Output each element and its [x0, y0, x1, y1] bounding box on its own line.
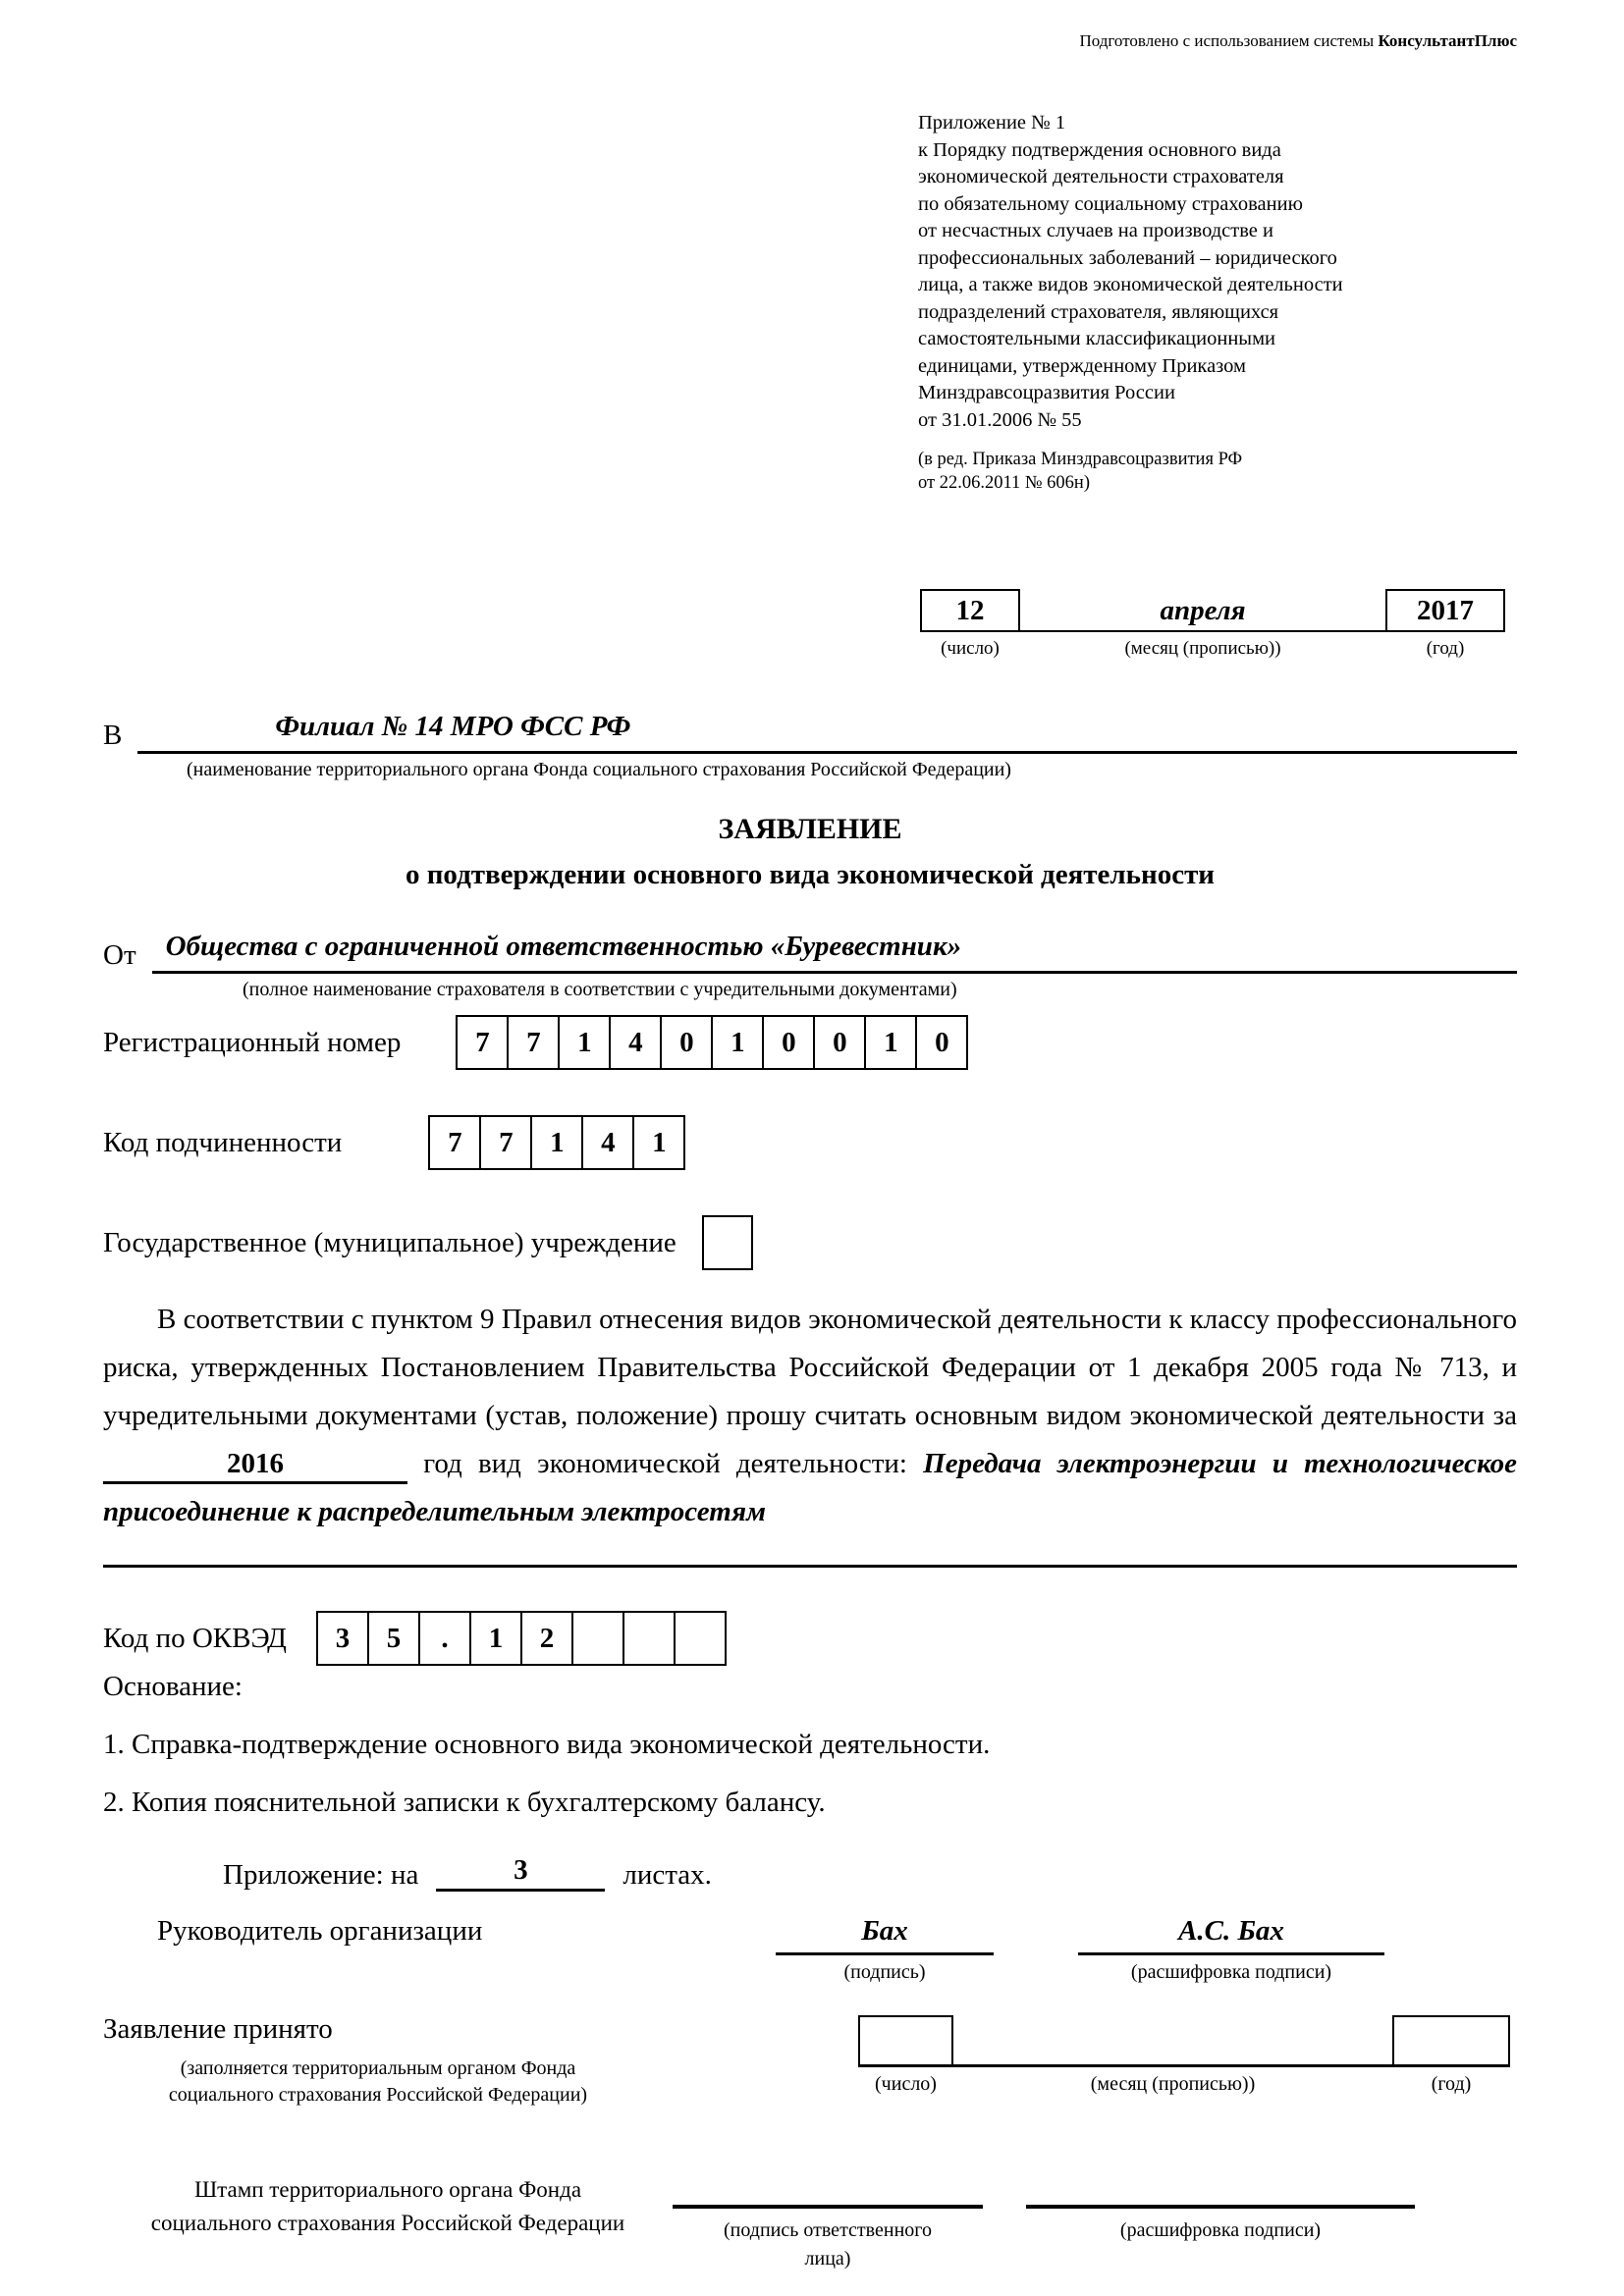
- subordination-digit-cell[interactable]: 4: [581, 1115, 634, 1170]
- state-institution-label: Государственное (муниципальное) учрежден…: [103, 1227, 677, 1259]
- subordination-digit-cell[interactable]: 1: [632, 1115, 685, 1170]
- registration-digit-cell[interactable]: 1: [711, 1015, 764, 1070]
- applicant-prefix: От: [103, 939, 136, 974]
- accepted-left: Заявление принято (заполняется территори…: [103, 2013, 653, 2109]
- okved-cell[interactable]: [674, 1611, 727, 1666]
- state-institution-checkbox[interactable]: [702, 1215, 753, 1270]
- revision-note: (в ред. Приказа Минздравсоцразвития РФ о…: [918, 448, 1517, 495]
- head-label: Руководитель организации: [103, 1915, 776, 1948]
- head-row: Руководитель организации Бах (подпись) А…: [103, 1915, 1517, 1984]
- stamp-signature-line[interactable]: [673, 2173, 983, 2209]
- subordination-label: Код подчиненности: [103, 1127, 342, 1159]
- okved-cell[interactable]: 1: [469, 1611, 522, 1666]
- registration-digit-cell[interactable]: 1: [558, 1015, 611, 1070]
- applicant-caption: (полное наименование страхователя в соот…: [243, 979, 1517, 1001]
- subordination-row: Код подчиненности 7 7 1 4 1: [103, 1115, 1517, 1170]
- prepared-note-text: Подготовлено с использованием системы: [1079, 31, 1378, 50]
- subordination-digit-cell[interactable]: 7: [479, 1115, 532, 1170]
- okved-label: Код по ОКВЭД: [103, 1623, 287, 1655]
- accepted-date-line: [858, 2015, 1510, 2067]
- okved-cells: 3 5 . 1 2: [316, 1611, 727, 1666]
- stamp-row: Штамп территориального органа Фонда соци…: [103, 2173, 1517, 2273]
- head-signature-caption: (подпись): [776, 1961, 994, 1984]
- stamp-name-block: (расшифровка подписи): [1026, 2173, 1415, 2245]
- accepted-date-block: (число) (месяц (прописью)) (год): [858, 2015, 1510, 2109]
- registration-digit-cell[interactable]: 0: [813, 1015, 866, 1070]
- accepted-day-label: (число): [858, 2073, 953, 2096]
- subordination-digit-cell[interactable]: 7: [428, 1115, 481, 1170]
- registration-digit-cell[interactable]: 7: [456, 1015, 509, 1070]
- registration-digit-cell[interactable]: 0: [762, 1015, 815, 1070]
- addressee-prefix: В: [103, 720, 122, 754]
- attachment-row: Приложение: на 3 листах.: [223, 1854, 1517, 1892]
- head-name-block: А.С. Бах (расшифровка подписи): [1078, 1915, 1384, 1984]
- registration-row: Регистрационный номер 7 7 1 4 0 1 0 0 1 …: [103, 1015, 1517, 1070]
- okved-cell[interactable]: 3: [316, 1611, 369, 1666]
- basis-item-1: 1. Справка-подтверждение основного вида …: [103, 1729, 1517, 1761]
- stamp-name-caption: (расшифровка подписи): [1026, 2216, 1415, 2245]
- date-row: 12 апреля 2017 (число) (месяц (прописью)…: [920, 589, 1517, 660]
- body-text-part1: В соответствии с пунктом 9 Правил отнесе…: [103, 1304, 1517, 1431]
- applicant-field[interactable]: Общества с ограниченной ответственностью…: [152, 931, 1517, 974]
- okved-cell[interactable]: 5: [367, 1611, 420, 1666]
- appendix-note: Приложение № 1 к Порядку подтверждения о…: [918, 110, 1517, 434]
- form-subtitle: о подтверждении основного вида экономиче…: [103, 859, 1517, 891]
- prepared-note-brand: КонсультантПлюс: [1378, 31, 1517, 50]
- basis-label: Основание:: [103, 1671, 1517, 1703]
- year-field[interactable]: 2016: [103, 1446, 407, 1484]
- registration-digit-cell[interactable]: 4: [609, 1015, 662, 1070]
- body-text-part2: год вид экономической деятельности:: [423, 1448, 907, 1479]
- registration-digit-cell[interactable]: 7: [507, 1015, 560, 1070]
- body-paragraph: В соответствии с пунктом 9 Правил отнесе…: [103, 1296, 1517, 1536]
- registration-label: Регистрационный номер: [103, 1027, 401, 1059]
- subordination-cells: 7 7 1 4 1: [428, 1115, 685, 1170]
- date-month-label: (месяц (прописью)): [1020, 632, 1385, 660]
- state-institution-row: Государственное (муниципальное) учрежден…: [103, 1215, 1517, 1270]
- document-page: Подготовлено с использованием системы Ко…: [0, 0, 1624, 2296]
- registration-cells: 7 7 1 4 0 1 0 0 1 0: [456, 1015, 968, 1070]
- date-day-label: (число): [920, 632, 1020, 660]
- registration-digit-cell[interactable]: 0: [915, 1015, 968, 1070]
- date-year-label: (год): [1385, 632, 1505, 660]
- prepared-note: Подготовлено с использованием системы Ко…: [103, 0, 1517, 51]
- attachment-prefix: Приложение: на: [223, 1859, 418, 1892]
- accepted-year-box[interactable]: [1392, 2015, 1510, 2064]
- okved-cell[interactable]: [571, 1611, 624, 1666]
- accepted-row: Заявление принято (заполняется территори…: [103, 2013, 1517, 2109]
- attachment-suffix: листах.: [623, 1859, 712, 1892]
- stamp-signature-caption: (подпись ответственного лица): [673, 2216, 983, 2273]
- addressee-row: В Филиал № 14 МРО ФСС РФ: [103, 711, 1517, 754]
- accepted-caption: (заполняется территориальным органом Фон…: [103, 2056, 653, 2109]
- subordination-digit-cell[interactable]: 1: [530, 1115, 583, 1170]
- accepted-label: Заявление принято: [103, 2013, 653, 2046]
- registration-digit-cell[interactable]: 1: [864, 1015, 917, 1070]
- okved-cell[interactable]: .: [418, 1611, 471, 1666]
- applicant-row: От Общества с ограниченной ответственнос…: [103, 931, 1517, 974]
- accepted-day-box[interactable]: [858, 2015, 953, 2064]
- head-signature-field[interactable]: Бах: [776, 1915, 994, 1955]
- okved-cell[interactable]: 2: [520, 1611, 573, 1666]
- accepted-month-label: (месяц (прописью)): [953, 2073, 1392, 2096]
- stamp-note: Штамп территориального органа Фонда соци…: [103, 2173, 655, 2240]
- head-name-caption: (расшифровка подписи): [1078, 1961, 1384, 1984]
- date-month-field[interactable]: апреля: [1020, 589, 1385, 632]
- registration-digit-cell[interactable]: 0: [660, 1015, 713, 1070]
- date-year-box[interactable]: 2017: [1385, 589, 1505, 632]
- activity-blank-line[interactable]: [103, 1565, 1517, 1568]
- okved-row: Код по ОКВЭД 3 5 . 1 2: [103, 1611, 1517, 1666]
- date-day-box[interactable]: 12: [920, 589, 1020, 632]
- okved-cell[interactable]: [623, 1611, 676, 1666]
- basis-item-2: 2. Копия пояснительной записки к бухгалт…: [103, 1787, 1517, 1819]
- addressee-field[interactable]: Филиал № 14 МРО ФСС РФ: [137, 711, 1517, 754]
- accepted-date-labels: (число) (месяц (прописью)) (год): [858, 2073, 1510, 2096]
- head-name-field[interactable]: А.С. Бах: [1078, 1915, 1384, 1955]
- stamp-signature-block: (подпись ответственного лица): [673, 2173, 983, 2273]
- form-title: ЗАЯВЛЕНИЕ: [103, 813, 1517, 846]
- head-signature-block: Бах (подпись): [776, 1915, 994, 1984]
- accepted-year-label: (год): [1392, 2073, 1510, 2096]
- stamp-name-line[interactable]: [1026, 2173, 1415, 2209]
- addressee-caption: (наименование территориального органа Фо…: [187, 759, 1517, 781]
- sheets-field[interactable]: 3: [436, 1854, 605, 1892]
